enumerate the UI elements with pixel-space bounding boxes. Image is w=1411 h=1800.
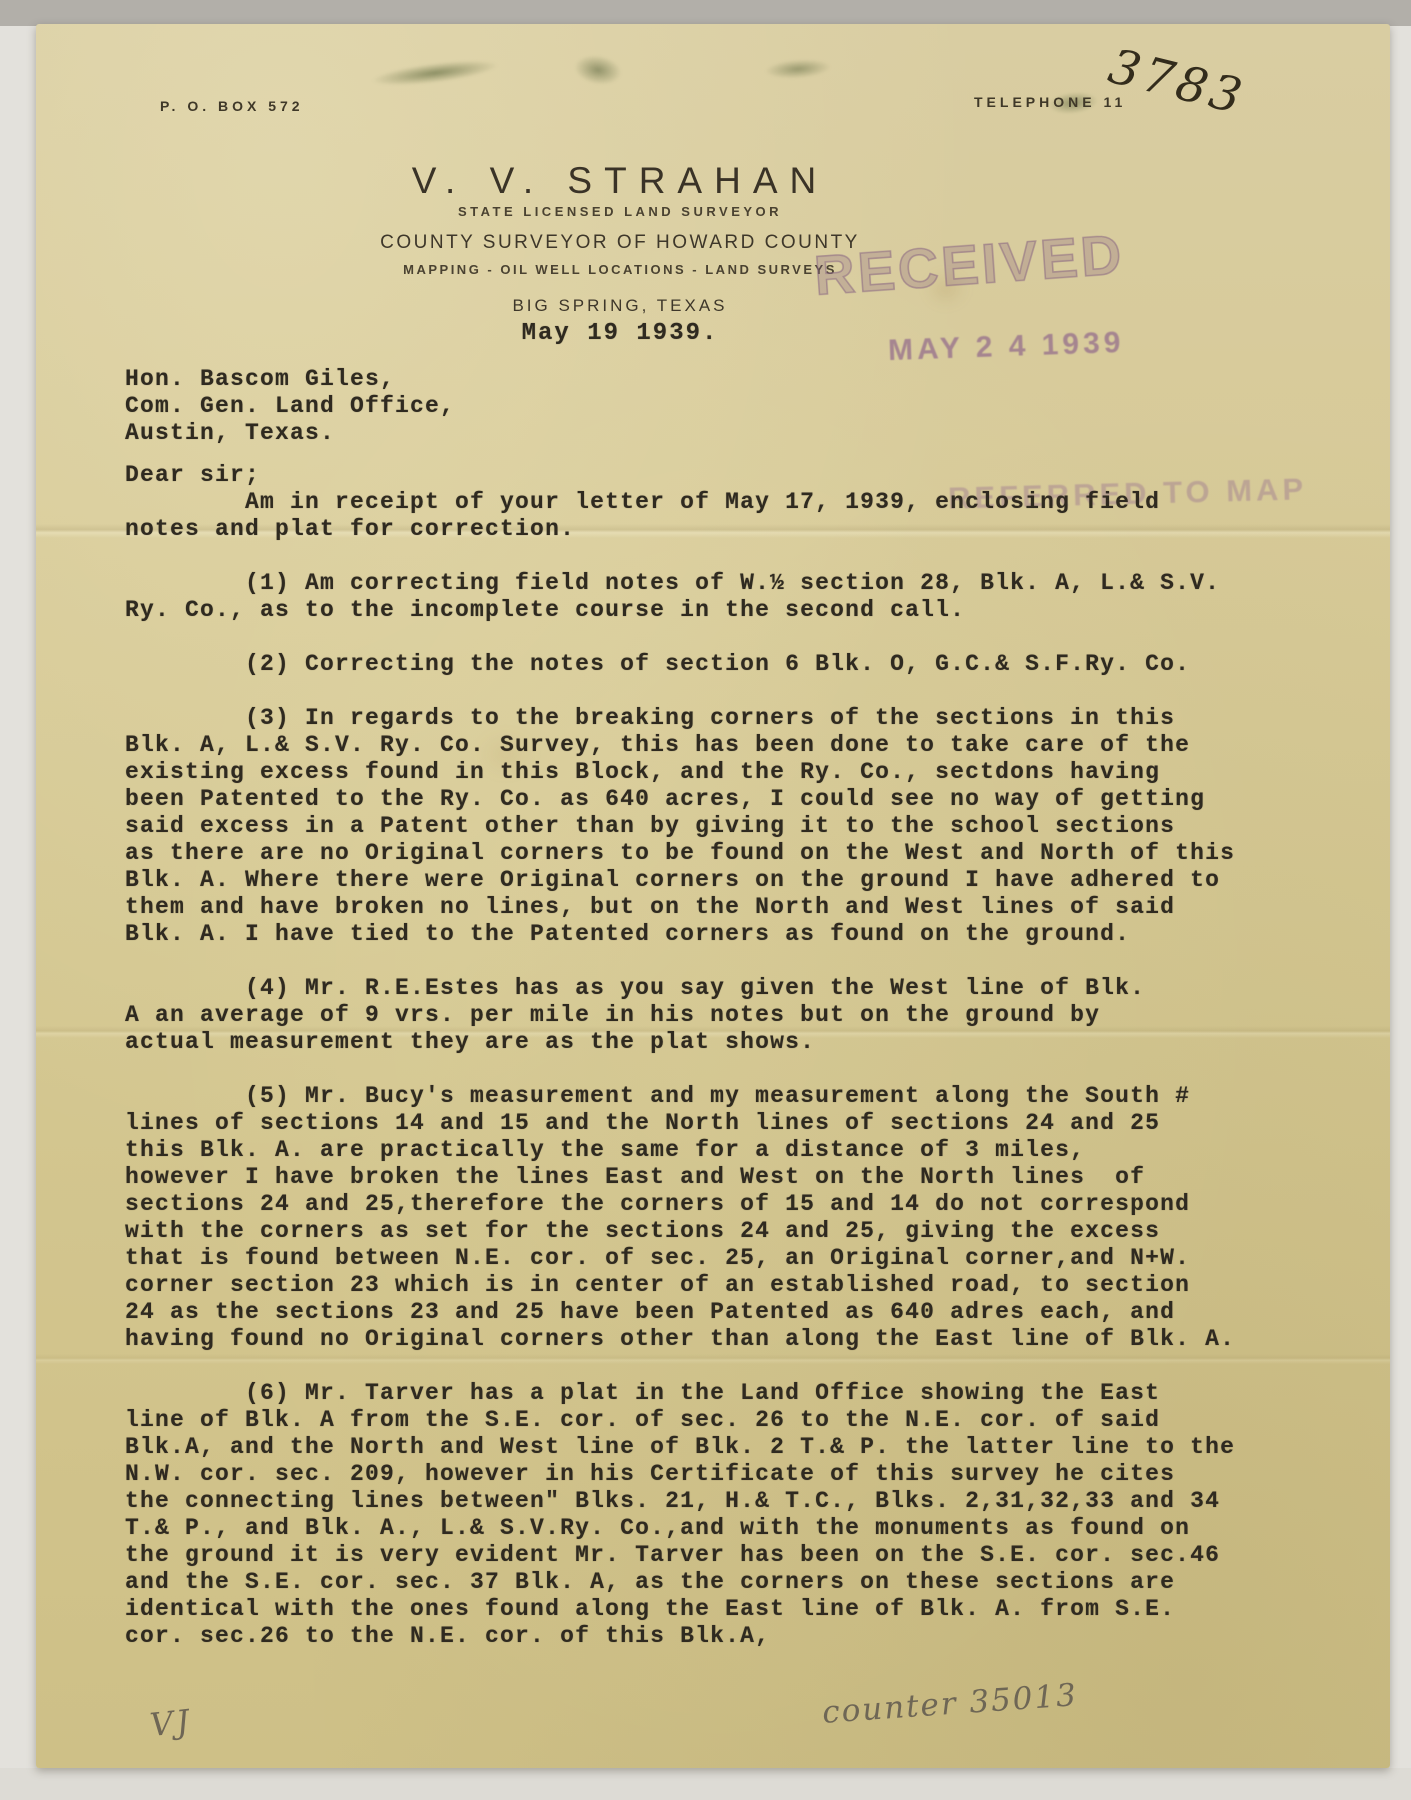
- body-line: [125, 678, 1235, 705]
- received-date-stamp: MAY 2 4 1939: [887, 326, 1125, 368]
- body-line: [125, 624, 1235, 651]
- body-line: said excess in a Patent other than by gi…: [125, 813, 1235, 840]
- body-line: [125, 948, 1235, 975]
- body-line: (2) Correcting the notes of section 6 Bl…: [125, 651, 1235, 678]
- body-line: [125, 1353, 1235, 1380]
- letter-body: Dear sir; Am in receipt of your letter o…: [125, 462, 1235, 1650]
- body-line: notes and plat for correction.: [125, 516, 1235, 543]
- body-line: cor. sec.26 to the N.E. cor. of this Blk…: [125, 1623, 1235, 1650]
- body-line: (4) Mr. R.E.Estes has as you say given t…: [125, 975, 1235, 1002]
- body-line: sections 24 and 25,therefore the corners…: [125, 1191, 1235, 1218]
- body-line: them and have broken no lines, but on th…: [125, 894, 1235, 921]
- recipient-line: Com. Gen. Land Office,: [125, 393, 455, 420]
- body-line: N.W. cor. sec. 209, however in his Certi…: [125, 1461, 1235, 1488]
- body-line: with the corners as set for the sections…: [125, 1218, 1235, 1245]
- surveyor-subtitle: STATE LICENSED LAND SURVEYOR: [120, 204, 1120, 219]
- body-line: line of Blk. A from the S.E. cor. of sec…: [125, 1407, 1235, 1434]
- tape-residue-smudge: [751, 53, 845, 85]
- recipient-line: Austin, Texas.: [125, 420, 455, 447]
- body-line: Blk. A. Where there were Original corner…: [125, 867, 1235, 894]
- handwritten-file-number: 3783: [1103, 38, 1251, 126]
- body-line: (1) Am correcting field notes of W.½ sec…: [125, 570, 1235, 597]
- scan-background-top: [0, 0, 1411, 26]
- body-line: this Blk. A. are practically the same fo…: [125, 1137, 1235, 1164]
- body-line: Blk. A, L.& S.V. Ry. Co. Survey, this ha…: [125, 732, 1235, 759]
- body-line: and the S.E. cor. sec. 37 Blk. A, as the…: [125, 1569, 1235, 1596]
- recipient-line: Hon. Bascom Giles,: [125, 366, 455, 393]
- letter-page: P. O. BOX 572 TELEPHONE 11 3783 V. V. ST…: [36, 24, 1390, 1768]
- tape-residue-smudge: [349, 50, 521, 97]
- body-line: Am in receipt of your letter of May 17, …: [125, 489, 1235, 516]
- body-line: Blk.A, and the North and West line of Bl…: [125, 1434, 1235, 1461]
- salutation: Dear sir;: [125, 462, 1235, 489]
- body-line: corner section 23 which is in center of …: [125, 1272, 1235, 1299]
- tape-residue-smudge: [562, 45, 634, 96]
- body-line: [125, 543, 1235, 570]
- body-line: A an average of 9 vrs. per mile in his n…: [125, 1002, 1235, 1029]
- body-line: identical with the ones found along the …: [125, 1596, 1235, 1623]
- body-line: the connecting lines between" Blks. 21, …: [125, 1488, 1235, 1515]
- body-line: (5) Mr. Bucy's measurement and my measur…: [125, 1083, 1235, 1110]
- body-line: however I have broken the lines East and…: [125, 1164, 1235, 1191]
- body-line: T.& P., and Blk. A., L.& S.V.Ry. Co.,and…: [125, 1515, 1235, 1542]
- body-line: lines of sections 14 and 15 and the Nort…: [125, 1110, 1235, 1137]
- body-line: (3) In regards to the breaking corners o…: [125, 705, 1235, 732]
- body-line: existing excess found in this Block, and…: [125, 759, 1235, 786]
- po-box-line: P. O. BOX 572: [160, 98, 304, 114]
- handwritten-initials: VJ: [148, 1702, 194, 1744]
- body-line: Blk. A. I have tied to the Patented corn…: [125, 921, 1235, 948]
- recipient-address: Hon. Bascom Giles, Com. Gen. Land Office…: [125, 366, 455, 447]
- body-line: having found no Original corners other t…: [125, 1326, 1235, 1353]
- body-line: Ry. Co., as to the incomplete course in …: [125, 597, 1235, 624]
- body-line: as there are no Original corners to be f…: [125, 840, 1235, 867]
- body-line: (6) Mr. Tarver has a plat in the Land Of…: [125, 1380, 1235, 1407]
- telephone-line: TELEPHONE 11: [974, 94, 1126, 110]
- body-lines-container: Am in receipt of your letter of May 17, …: [125, 489, 1235, 1650]
- handwritten-counter-number: counter 35013: [821, 1677, 1079, 1731]
- body-line: been Patented to the Ry. Co. as 640 acre…: [125, 786, 1235, 813]
- surveyor-name: V. V. STRAHAN: [120, 160, 1120, 202]
- city-line: BIG SPRING, TEXAS: [120, 296, 1120, 316]
- scan-background-bottom: [0, 1768, 1411, 1800]
- body-line: [125, 1056, 1235, 1083]
- body-line: that is found between N.E. cor. of sec. …: [125, 1245, 1235, 1272]
- body-line: actual measurement they are as the plat …: [125, 1029, 1235, 1056]
- body-line: 24 as the sections 23 and 25 have been P…: [125, 1299, 1235, 1326]
- body-line: the ground it is very evident Mr. Tarver…: [125, 1542, 1235, 1569]
